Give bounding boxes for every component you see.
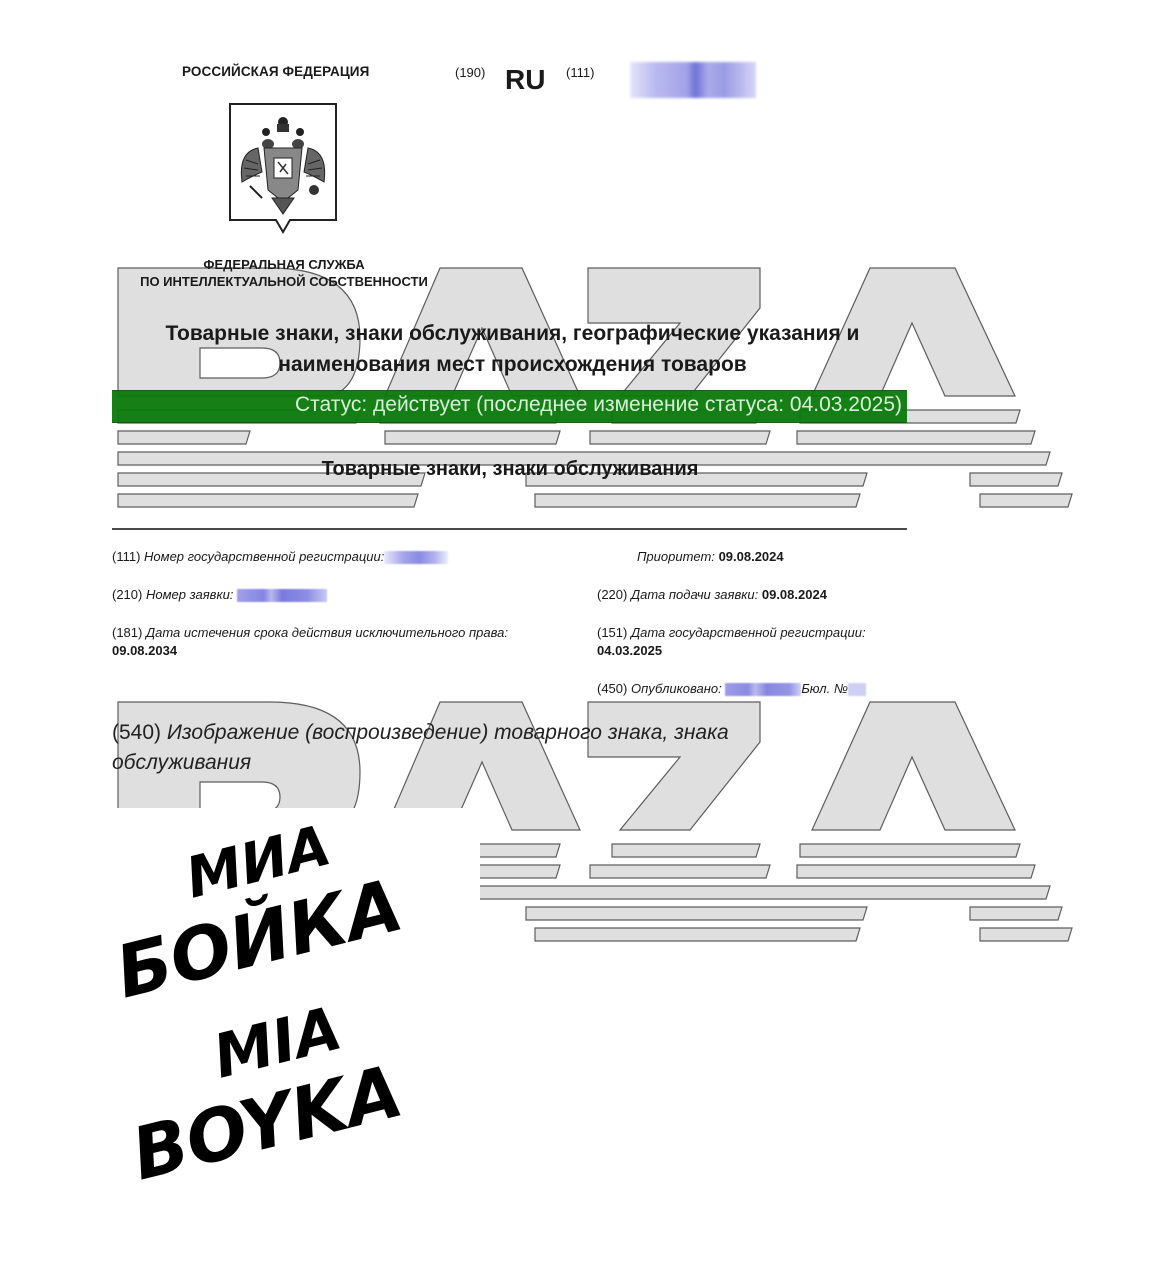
trademark-image: МИА БОЙКА MIA BOYKA (112, 808, 492, 1188)
field-value: 09.08.2024 (762, 587, 827, 602)
agency-name: ФЕДЕРАЛЬНАЯ СЛУЖБА ПО ИНТЕЛЛЕКТУАЛЬНОЙ С… (120, 256, 448, 290)
inid-code-111: (111) (566, 65, 594, 80)
redacted-value (237, 589, 327, 602)
status-text: Статус: действует (последнее изменение с… (112, 393, 902, 417)
field-label: Дата подачи заявки: (631, 587, 758, 602)
inid-code: (181) (112, 625, 142, 640)
field-label: Номер государственной регистрации: (144, 549, 384, 564)
field-label: Изображение (воспроизведение) товарного … (112, 721, 729, 774)
inid-code: (540) (112, 721, 161, 744)
redacted-registration-number (630, 62, 756, 98)
bulletin-label: Бюл. № (801, 681, 848, 696)
inid-code: (210) (112, 587, 142, 602)
field-label: Приоритет: (637, 549, 715, 564)
divider (112, 528, 907, 530)
field-label: Дата истечения срока действия исключител… (146, 625, 508, 640)
field-label: Дата государственной регистрации: (631, 625, 866, 640)
country-name: РОССИЙСКАЯ ФЕДЕРАЦИЯ (182, 64, 369, 79)
field-priority: Приоритет: 09.08.2024 (637, 548, 784, 566)
inid-code: (151) (597, 625, 627, 640)
field-label: Опубликовано: (631, 681, 722, 696)
field-expiry-date: (181) Дата истечения срока действия искл… (112, 624, 508, 660)
field-filing-date: (220) Дата подачи заявки: 09.08.2024 (597, 586, 827, 604)
field-value: 09.08.2034 (112, 643, 177, 658)
field-label: Номер заявки: (146, 587, 233, 602)
redacted-bulletin-number (848, 683, 866, 696)
trademark-image-heading: (540) Изображение (воспроизведение) това… (112, 718, 872, 778)
document-title: Товарные знаки, знаки обслуживания, геог… (160, 318, 865, 380)
field-registration-date: (151) Дата государственной регистрации: … (597, 624, 866, 660)
redacted-value (384, 551, 448, 564)
inid-code: (111) (112, 549, 140, 564)
inid-code-190: (190) (455, 65, 485, 80)
inid-code: (450) (597, 681, 627, 696)
agency-line-1: ФЕДЕРАЛЬНАЯ СЛУЖБА (120, 256, 448, 273)
field-value: 04.03.2025 (597, 643, 662, 658)
document-subtitle: Товарные знаки, знаки обслуживания (120, 458, 900, 481)
coat-of-arms-icon (228, 102, 338, 234)
country-code: RU (505, 64, 545, 96)
agency-line-2: ПО ИНТЕЛЛЕКТУАЛЬНОЙ СОБСТВЕННОСТИ (120, 273, 448, 290)
inid-code: (220) (597, 587, 627, 602)
field-registration-number: (111) Номер государственной регистрации: (112, 548, 448, 566)
redacted-value (725, 683, 801, 696)
field-application-number: (210) Номер заявки: (112, 586, 327, 604)
field-value: 09.08.2024 (719, 549, 784, 564)
field-published: (450) Опубликовано: Бюл. № (597, 680, 866, 698)
